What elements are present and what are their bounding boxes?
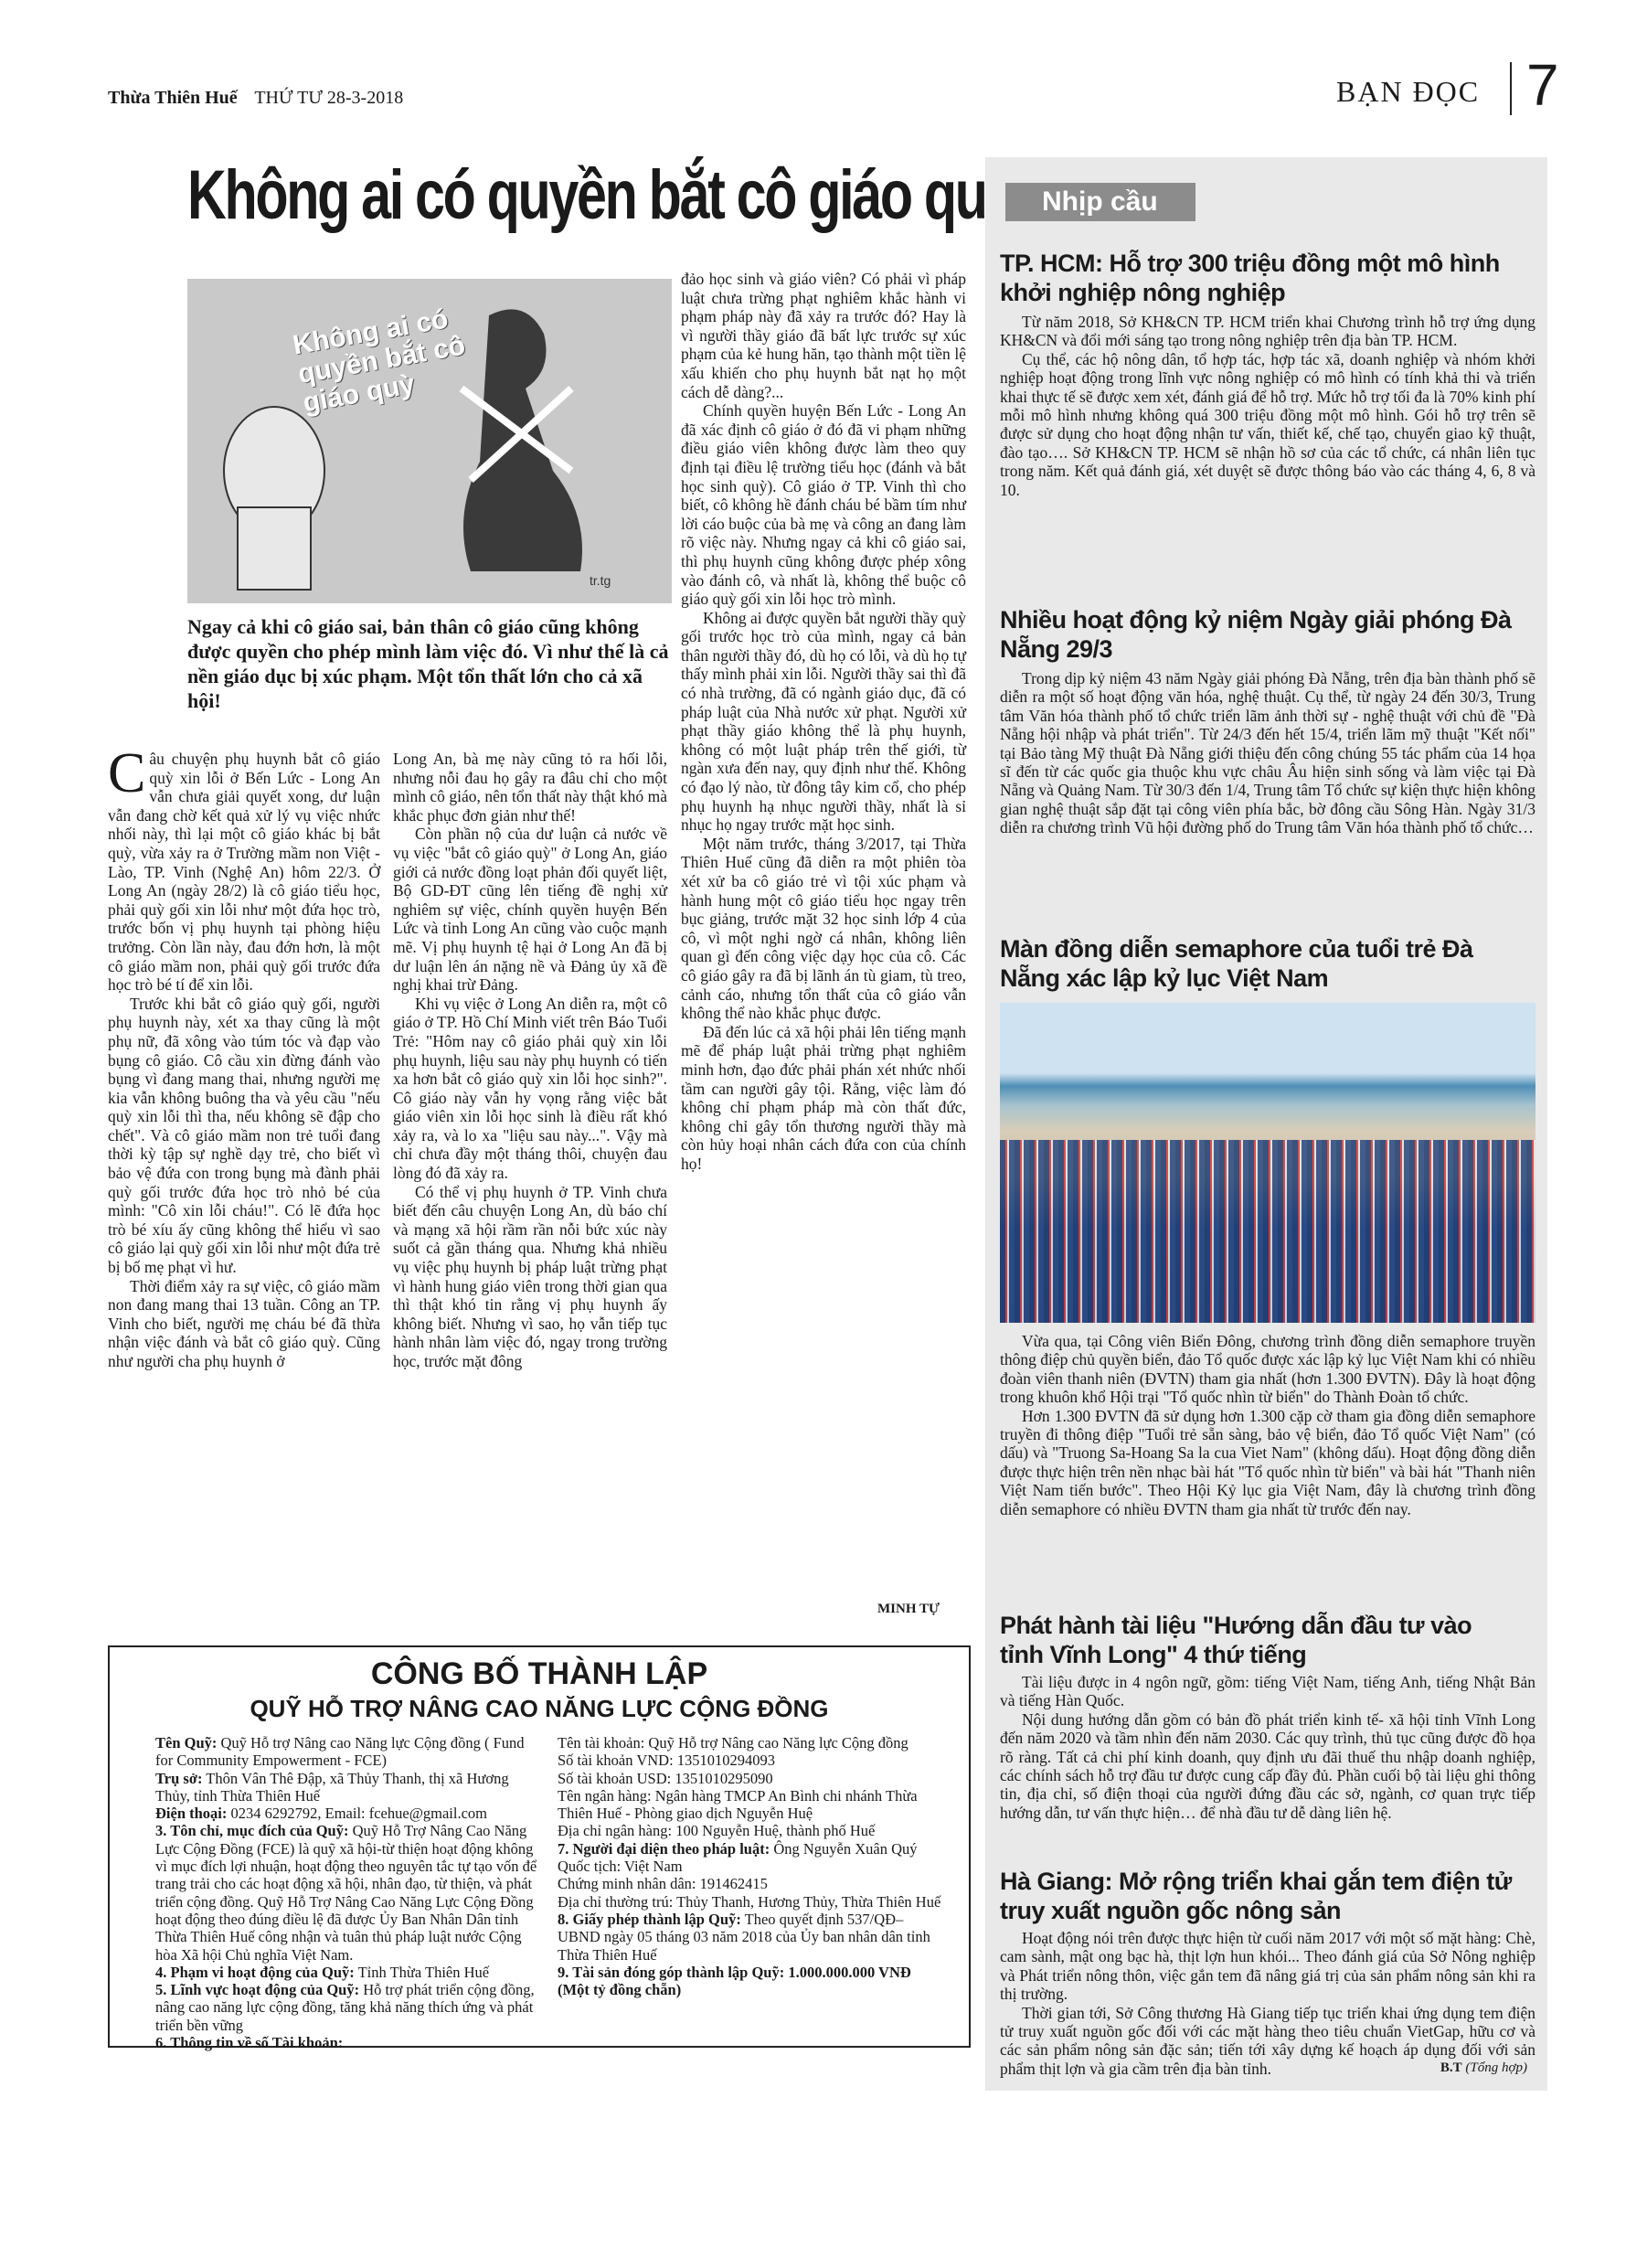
article-column-1: Câu chuyện phụ huynh bắt cô giáo quỳ xin… <box>108 750 380 1371</box>
semaphore-photo <box>1000 1003 1535 1323</box>
dropcap: C <box>108 750 145 797</box>
sidebar-article-body: Từ năm 2018, Sở KH&CN TP. HCM triển khai… <box>1000 313 1535 499</box>
sidebar-article-body: Vừa qua, tại Công viên Biển Đông, chương… <box>1000 1332 1535 1518</box>
founding-notice-box: CÔNG BỐ THÀNH LẬP QUỸ HỖ TRỢ NÂNG CAO NĂ… <box>108 1645 971 2048</box>
article-byline: MINH TỰ <box>877 1602 940 1617</box>
page-header-right: BẠN ĐỌC 7 <box>1336 55 1647 119</box>
sidebar-article-title: Phát hành tài liệu "Hướng dẫn đầu tư vào… <box>1000 1611 1512 1669</box>
sidebar-article-body: Tài liệu được in 4 ngôn ngữ, gồm: tiếng … <box>1000 1673 1535 1822</box>
article-column-3: đảo học sinh và giáo viên? Có phải vì ph… <box>681 270 966 1174</box>
paper-name: Thừa Thiên Huế <box>108 88 238 108</box>
section-name: BẠN ĐỌC <box>1336 75 1480 109</box>
sidebar-article-title: Nhiều hoạt động kỷ niệm Ngày giải phóng … <box>1000 605 1512 664</box>
article-column-2: Long An, bà mẹ này cũng tỏ ra hối lỗi, n… <box>393 750 667 1371</box>
sidebar-nhip-cau: Nhịp cầu TP. HCM: Hỗ trợ 300 triệu đồng … <box>985 157 1547 2091</box>
svg-text:tr.tg: tr.tg <box>590 573 611 588</box>
notice-left-column: Tên Quỹ: Quỹ Hỗ trợ Nâng cao Năng lực Cộ… <box>155 1734 539 2051</box>
issue-date: THỨ TƯ 28-3-2018 <box>254 88 403 108</box>
notice-subtitle: QUỸ HỖ TRỢ NÂNG CAO NĂNG LỰC CỘNG ĐỒNG <box>110 1695 969 1723</box>
page-number: 7 <box>1526 51 1559 119</box>
page-header-left: Thừa Thiên Huế THỨ TƯ 28-3-2018 <box>108 88 403 109</box>
sidebar-article-title: Hà Giang: Mở rộng triển khai gắn tem điệ… <box>1000 1867 1535 1925</box>
article-illustration: tr.tg Không ai có quyền bắt cô giáo quỳ <box>187 279 672 603</box>
sidebar-article-title: Màn đồng diễn semaphore của tuổi trẻ Đà … <box>1000 934 1512 993</box>
header-divider <box>1510 62 1512 115</box>
sidebar-article-title: TP. HCM: Hỗ trợ 300 triệu đồng một mô hì… <box>1000 249 1535 307</box>
article-lead: Ngay cả khi cô giáo sai, bản thân cô giá… <box>187 614 676 713</box>
sidebar-article-body: Hoạt động nói trên được thực hiện từ cuố… <box>1000 1929 1535 2078</box>
notice-title: CÔNG BỐ THÀNH LẬP <box>110 1656 969 1692</box>
sidebar-tag: Nhịp cầu <box>1005 183 1195 221</box>
notice-right-column: Tên tài khoản: Quỹ Hỗ trợ Nâng cao Năng … <box>558 1734 941 1998</box>
sidebar-credit: B.T (Tổng hợp) <box>1440 2060 1527 2076</box>
article-headline: Không ai có quyền bắt cô giáo quỳ <box>187 155 801 235</box>
sidebar-article-body: Trong dịp kỷ niệm 43 năm Ngày giải phóng… <box>1000 669 1535 837</box>
